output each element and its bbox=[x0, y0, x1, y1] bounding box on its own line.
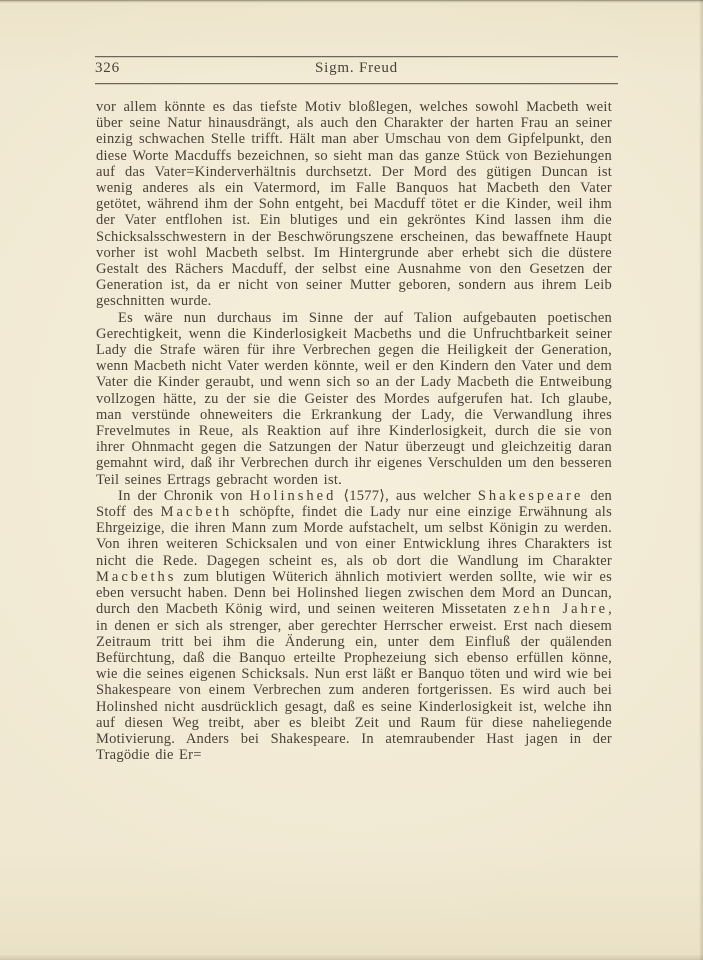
letterspaced-text-segment: Macbeth bbox=[161, 504, 233, 520]
letterspaced-text-segment: Macbeths bbox=[96, 569, 176, 585]
scan-bottom-edge-shadow bbox=[0, 954, 703, 960]
letterspaced-text-segment: Holinshed bbox=[250, 488, 337, 504]
body-text: vor allem könnte es das tiefste Motiv bl… bbox=[96, 99, 612, 763]
page-number: 326 bbox=[95, 60, 120, 77]
text-segment: ⟨1577⟩, aus welcher bbox=[336, 488, 478, 504]
scanned-book-page: { "page": { "paper_color": "#efe7cf", "i… bbox=[0, 0, 703, 960]
running-title: Sigm. Freud bbox=[315, 60, 398, 77]
text-segment: In der Chronik von bbox=[118, 488, 250, 504]
text-segment: , in denen er sich als strenger, aber ge… bbox=[96, 601, 612, 763]
letterspaced-text-segment: Shakespeare bbox=[478, 488, 583, 504]
paragraph: vor allem könnte es das tiefste Motiv bl… bbox=[96, 99, 612, 310]
header-rule-bottom bbox=[95, 83, 618, 84]
header-rule-top bbox=[95, 56, 618, 57]
text-segment: Es wäre nun durchaus im Sinne der auf Ta… bbox=[96, 310, 612, 488]
paragraph: In der Chronik von Holinshed ⟨1577⟩, aus… bbox=[96, 488, 612, 763]
letterspaced-text-segment: zehn Jahre bbox=[514, 601, 609, 617]
text-segment: vor allem könnte es das tiefste Motiv bl… bbox=[96, 99, 612, 309]
paragraph: Es wäre nun durchaus im Sinne der auf Ta… bbox=[96, 310, 612, 488]
running-head: 326 Sigm. Freud bbox=[95, 60, 618, 80]
scan-right-edge-shadow bbox=[699, 0, 703, 960]
scan-top-edge-shadow bbox=[0, 0, 703, 3]
